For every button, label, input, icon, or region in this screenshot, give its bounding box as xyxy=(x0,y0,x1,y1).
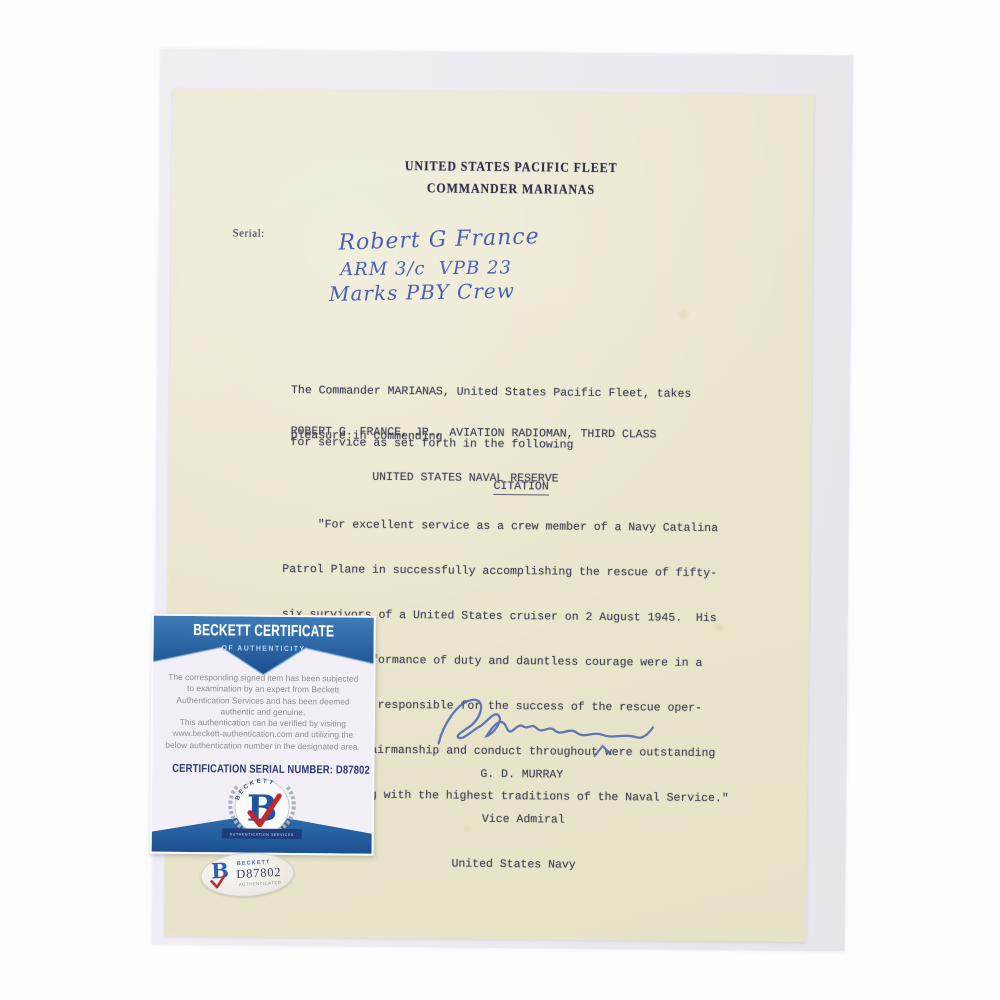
coa-title: BECKETT CERTIFICATE xyxy=(182,622,345,642)
coa-serial-number: D87802 xyxy=(336,764,370,776)
coa-paragraph-2: This authentication can be verified by v… xyxy=(164,717,362,753)
coa-serial-line: CERTIFICATION SERIAL NUMBER: D87802 xyxy=(172,763,353,777)
autograph-crew-note: Marks PBY Crew xyxy=(329,279,515,306)
signoff-title: Vice Admiral xyxy=(452,812,576,828)
signoff-block: G. D. MURRAY Vice Admiral United States … xyxy=(451,737,577,903)
photo-scene: UNITED STATES PACIFIC FLEET COMMANDER MA… xyxy=(0,0,1000,1000)
serial-label: Serial: xyxy=(232,227,264,239)
service-line: for service as set forth in the followin… xyxy=(290,435,573,453)
signoff-name: G. D. MURRAY xyxy=(452,767,576,783)
document-letterhead: UNITED STATES PACIFIC FLEET COMMANDER MA… xyxy=(229,153,793,202)
coa-serial-label: CERTIFICATION SERIAL NUMBER: xyxy=(172,763,333,777)
caret-mark-icon xyxy=(592,743,614,759)
coa-subtitle: OF AUTHENTICITY xyxy=(162,643,364,654)
autograph-rank-squadron: ARM 3/c VPB 23 xyxy=(340,257,512,280)
paper-stack: UNITED STATES PACIFIC FLEET COMMANDER MA… xyxy=(0,0,1000,1000)
citation-line: Patrol Plane in successfully accomplishi… xyxy=(282,562,731,581)
hologram-check-icon xyxy=(209,875,228,890)
citation-line: "For excellent service as a crew member … xyxy=(283,517,732,536)
coa-paragraph-1: The corresponding signed item has been s… xyxy=(164,672,362,720)
hologram-caption: AUTHENTICATED xyxy=(239,880,282,887)
signoff-org: United States Navy xyxy=(451,857,575,873)
beckett-coa-card: BECKETT B AUTHENTICATION SERVICES BECKET… xyxy=(150,614,376,856)
coa-card-text: BECKETT CERTIFICATE OF AUTHENTICITY The … xyxy=(152,616,374,854)
